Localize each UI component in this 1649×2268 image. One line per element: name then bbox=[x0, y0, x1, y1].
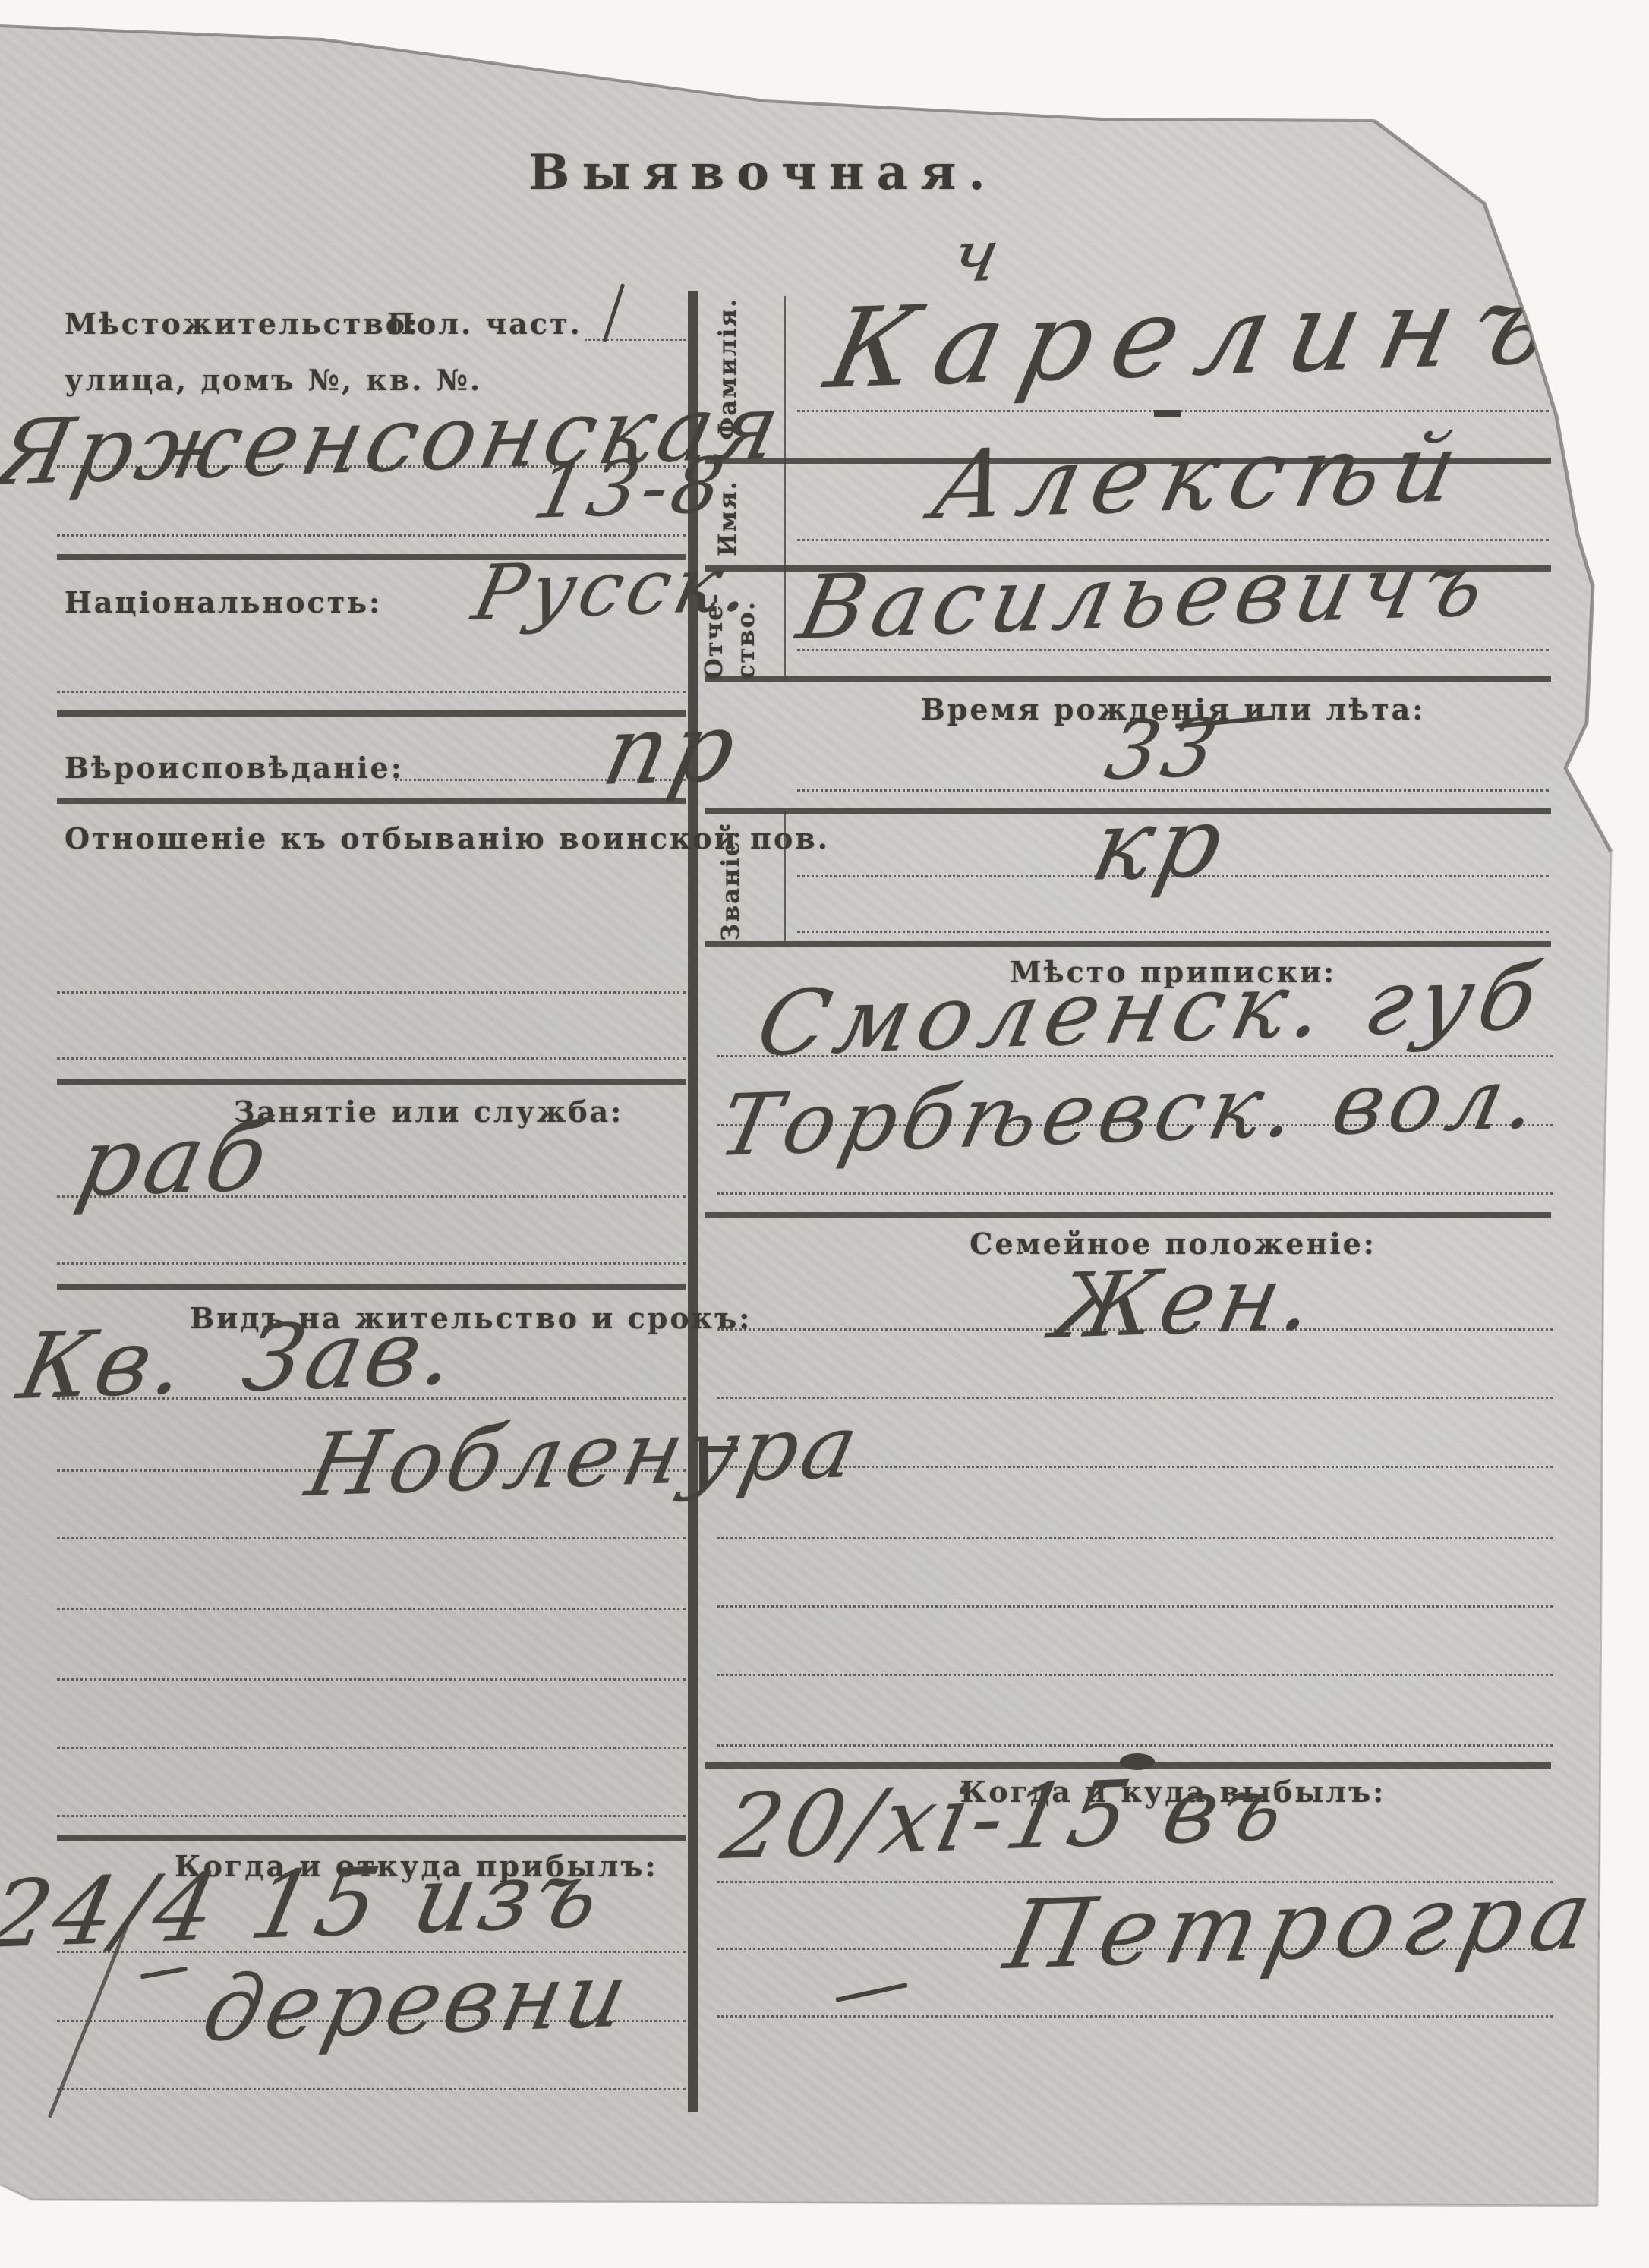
dotted-writing-line bbox=[717, 1744, 1553, 1747]
dotted-writing-line bbox=[57, 1537, 686, 1539]
rule-line bbox=[705, 1212, 1551, 1218]
handwritten-family-status: Жен. bbox=[1046, 1252, 1327, 1351]
handwritten-house-number: 13-8 bbox=[528, 447, 734, 530]
rule-line bbox=[705, 676, 1551, 682]
dotted-writing-line bbox=[57, 991, 686, 994]
dotted-writing-line bbox=[717, 1192, 1553, 1195]
field-label-residence: Мѣстожительство: bbox=[65, 310, 420, 339]
rule-line bbox=[57, 798, 686, 804]
handwriting-dash bbox=[1154, 410, 1181, 417]
handwritten-departure-date: 20/xі-15 въ bbox=[715, 1762, 1297, 1872]
handwriting-dash bbox=[835, 1983, 907, 2002]
handwritten-registration-line1: Смоленск. губ bbox=[750, 952, 1553, 1069]
field-label-nationality: Національность: bbox=[65, 588, 382, 617]
handwritten-age: 33 bbox=[1099, 708, 1228, 792]
dotted-writing-line bbox=[717, 2015, 1553, 2018]
dotted-writing-line bbox=[717, 1674, 1553, 1676]
field-label-religion: Вѣроисповѣданіе: bbox=[65, 754, 404, 783]
rule-line bbox=[57, 1284, 686, 1290]
field-label-occupation: Занятіе или служба: bbox=[234, 1098, 623, 1126]
dotted-writing-line bbox=[717, 1537, 1553, 1539]
rule-line bbox=[57, 710, 686, 717]
dotted-writing-line bbox=[57, 1608, 686, 1610]
dotted-writing-line bbox=[57, 1815, 686, 1817]
dotted-writing-line bbox=[57, 1678, 686, 1681]
dotted-writing-line bbox=[585, 339, 686, 341]
dotted-writing-line bbox=[57, 534, 686, 537]
handwritten-surname: Карелинъ bbox=[818, 269, 1579, 405]
dotted-writing-line bbox=[57, 1262, 686, 1265]
field-label-rank: Званіе. bbox=[718, 821, 743, 941]
field-label-military-duty: Отношеніе къ отбыванію воинской пов. bbox=[65, 824, 830, 853]
label-box-line-top bbox=[784, 296, 786, 676]
handwritten-religion: пр bbox=[596, 700, 749, 799]
handwritten-permit-line1: Кв. Зав. bbox=[11, 1307, 468, 1413]
ink-blot bbox=[1120, 1753, 1155, 1770]
handwritten-departure-place: Петроградъ bbox=[998, 1863, 1649, 1983]
scanned-registration-card: Выявочная. Мѣстожительство: Пол. част. у… bbox=[0, 0, 1649, 2268]
handwritten-police-part-value bbox=[603, 283, 625, 342]
handwritten-rank: кр bbox=[1084, 794, 1235, 896]
dotted-writing-line bbox=[717, 1605, 1553, 1608]
handwritten-first-name: Алексѣй bbox=[925, 421, 1477, 534]
rule-line bbox=[57, 1079, 686, 1085]
stray-pen-mark bbox=[708, 1446, 738, 1452]
dotted-writing-line bbox=[57, 1747, 686, 1749]
handwritten-occupation: раб bbox=[70, 1109, 281, 1211]
dotted-writing-line bbox=[57, 1057, 686, 1060]
handwritten-permit-line2: Нобленура bbox=[300, 1403, 869, 1510]
handwritten-nationality: Русск. bbox=[467, 546, 762, 632]
dotted-writing-line bbox=[57, 691, 686, 693]
dotted-writing-line bbox=[797, 931, 1549, 933]
handwriting-dash bbox=[140, 1967, 188, 1980]
handwritten-arrival-place: деревни bbox=[196, 1950, 639, 2054]
field-label-police-part: Пол. част. bbox=[387, 310, 582, 339]
handwritten-arrival-date: 24/4 15 изъ bbox=[0, 1847, 613, 1961]
rule-line bbox=[57, 1835, 686, 1841]
form-title: Выявочная. bbox=[478, 149, 1048, 197]
rule-line bbox=[705, 941, 1551, 947]
dotted-writing-line bbox=[57, 2088, 686, 2090]
paper-sheet: Выявочная. Мѣстожительство: Пол. част. у… bbox=[0, 0, 1649, 2268]
handwritten-patronymic: Васильевичъ bbox=[791, 541, 1500, 653]
